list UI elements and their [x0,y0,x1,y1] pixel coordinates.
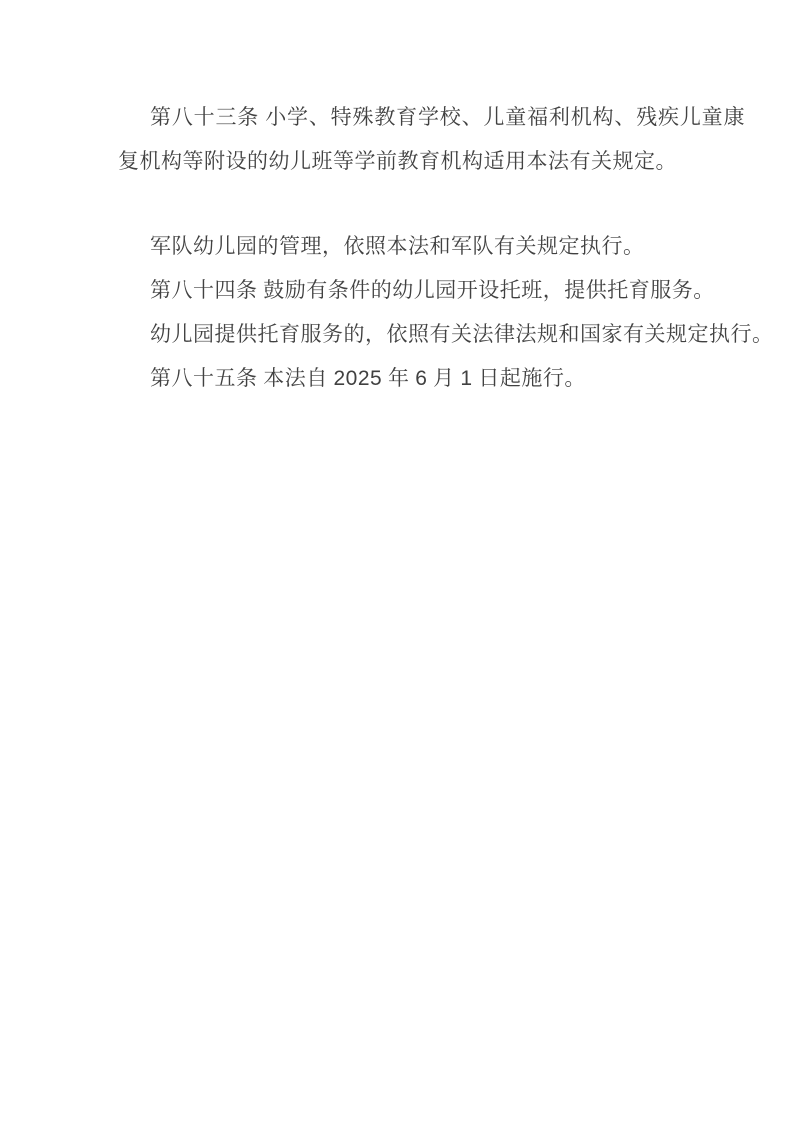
text-run-month-number: 6 [415,367,427,390]
text-run-month-unit: 月 [427,366,460,390]
document-page: 第八十三条 小学、特殊教育学校、儿童福利机构、残疾儿童康复机构等附设的幼儿班等学… [0,0,800,1131]
paragraph-article-84-childcare-services: 幼儿园提供托育服务的，依照有关法律法规和国家有关规定执行。 [118,312,745,356]
text-run-article-85-tail: 日起施行。 [473,366,586,390]
text-run-article-85-lead: 第八十五条 本法自 [150,366,334,390]
text-run-year-number: 2025 [334,367,383,390]
paragraph-article-84: 第八十四条 鼓励有条件的幼儿园开设托班，提供托育服务。 [118,268,745,312]
paragraph-article-83-military-kindergartens: 军队幼儿园的管理，依照本法和军队有关规定执行。 [118,224,745,268]
paragraph-article-85-effective-date: 第八十五条 本法自 2025 年 6 月 1 日起施行。 [118,356,745,401]
text-run-year-unit: 年 [382,366,415,390]
text-run-day-number: 1 [460,367,472,390]
paragraph-article-83: 第八十三条 小学、特殊教育学校、儿童福利机构、残疾儿童康复机构等附设的幼儿班等学… [118,95,745,183]
